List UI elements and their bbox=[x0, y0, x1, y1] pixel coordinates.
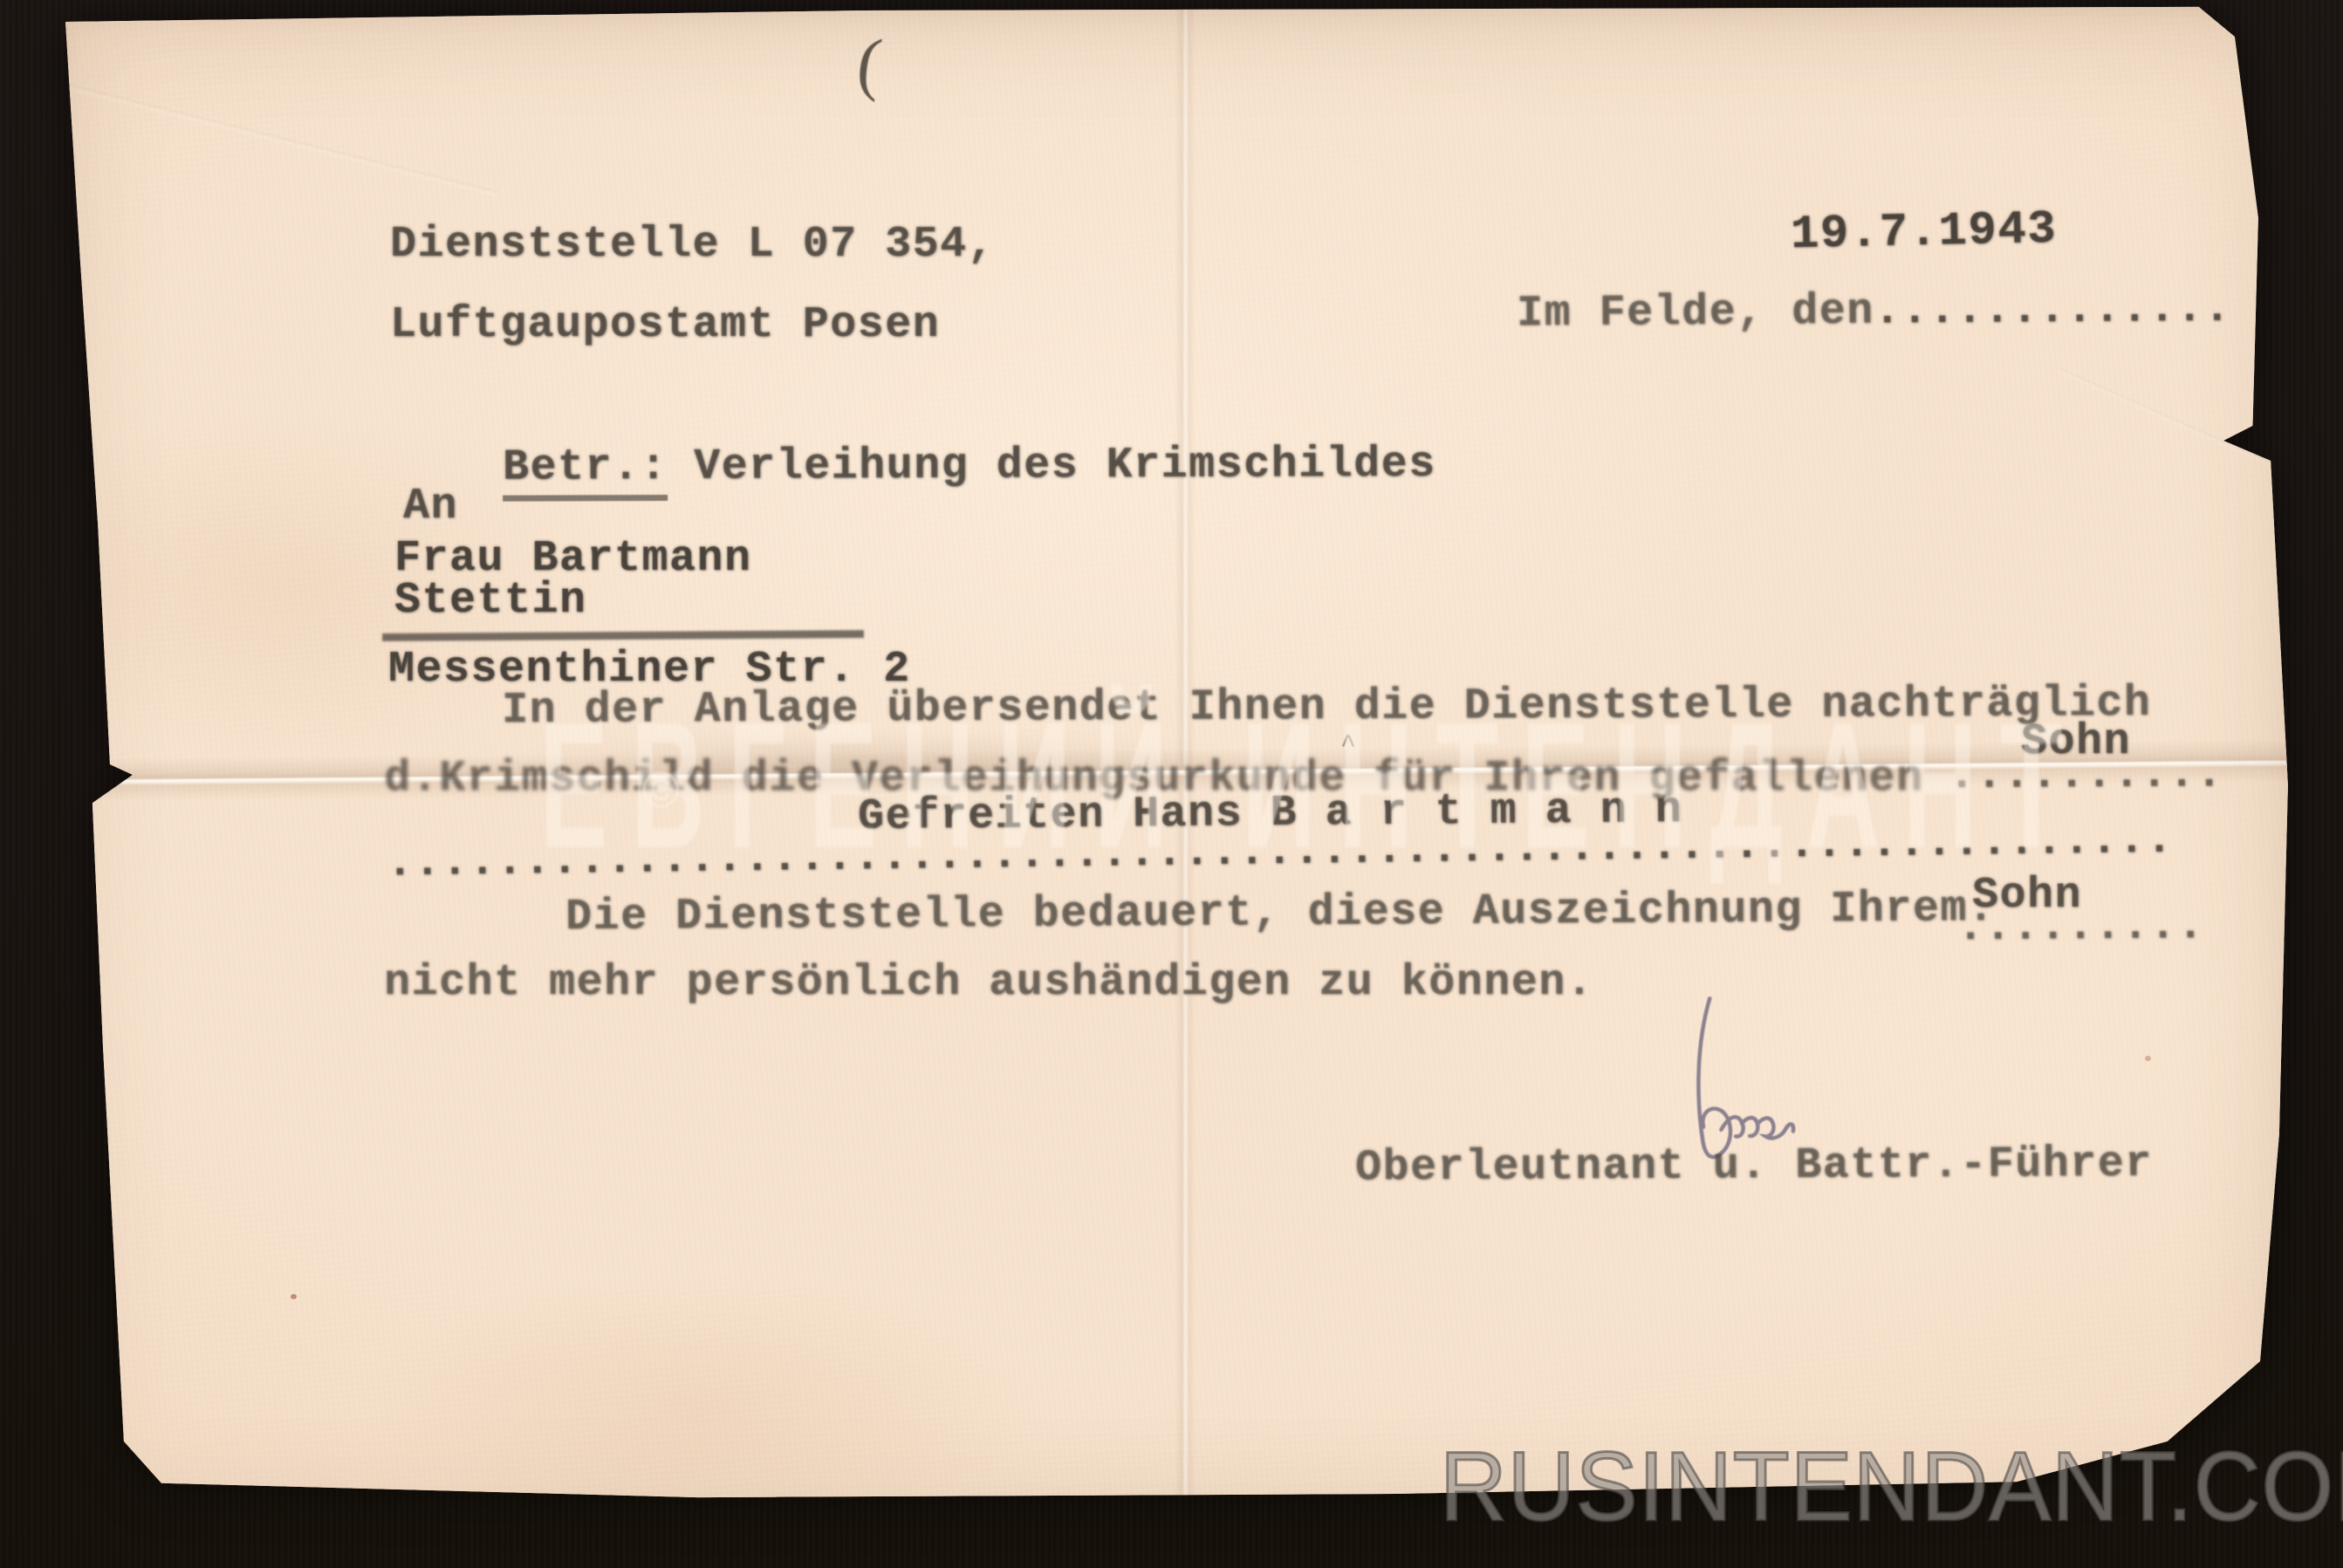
center-watermark-text: ЕВГЕНИЙ ИНТЕНДАНТ bbox=[539, 696, 2267, 877]
paper-speck bbox=[291, 1294, 297, 1299]
photo-scene: ( Dienststelle L 07 354, Luftgaupostamt … bbox=[0, 0, 2343, 1568]
subject-label: Betr.: bbox=[503, 442, 668, 502]
date-value: 19.7.1943 bbox=[1790, 207, 2057, 259]
body-line-4: nicht mehr persönlich aushändigen zu kön… bbox=[384, 962, 1593, 1005]
sender-line-2: Luftgaupostamt Posen bbox=[390, 304, 940, 347]
diagonal-crease-right bbox=[2058, 367, 2276, 469]
recipient-name: Frau Bartmann bbox=[394, 538, 752, 581]
place-date-label: Im Felde, den bbox=[1517, 287, 1874, 339]
signature-rank-line: Oberleutnant u. Battr.-Führer bbox=[1355, 1143, 2153, 1191]
site-watermark: RUSINTENDANT.COM bbox=[1440, 1438, 2343, 1536]
subject-line: Betr.:Verleihung des Krimschildes bbox=[393, 400, 1436, 534]
subject-text: Verleihung des Krimschildes bbox=[668, 440, 1436, 492]
recipient-salutation: An bbox=[403, 485, 458, 529]
diagonal-crease-top-left bbox=[57, 81, 499, 199]
place-date-line: Im Felde, den............. bbox=[1406, 244, 2231, 381]
date-dotted-line: ............. bbox=[1874, 284, 2231, 337]
copyright-symbol: © bbox=[642, 761, 680, 819]
body-line-3: Die Dienststelle bedauert, diese Auszeic… bbox=[565, 887, 1996, 940]
paper-speck bbox=[2145, 1056, 2151, 1061]
recipient-city: Stettin bbox=[394, 579, 587, 623]
body-line-3-dots: ......... bbox=[1957, 905, 2205, 950]
sender-line-1: Dienststelle L 07 354, bbox=[390, 223, 995, 267]
